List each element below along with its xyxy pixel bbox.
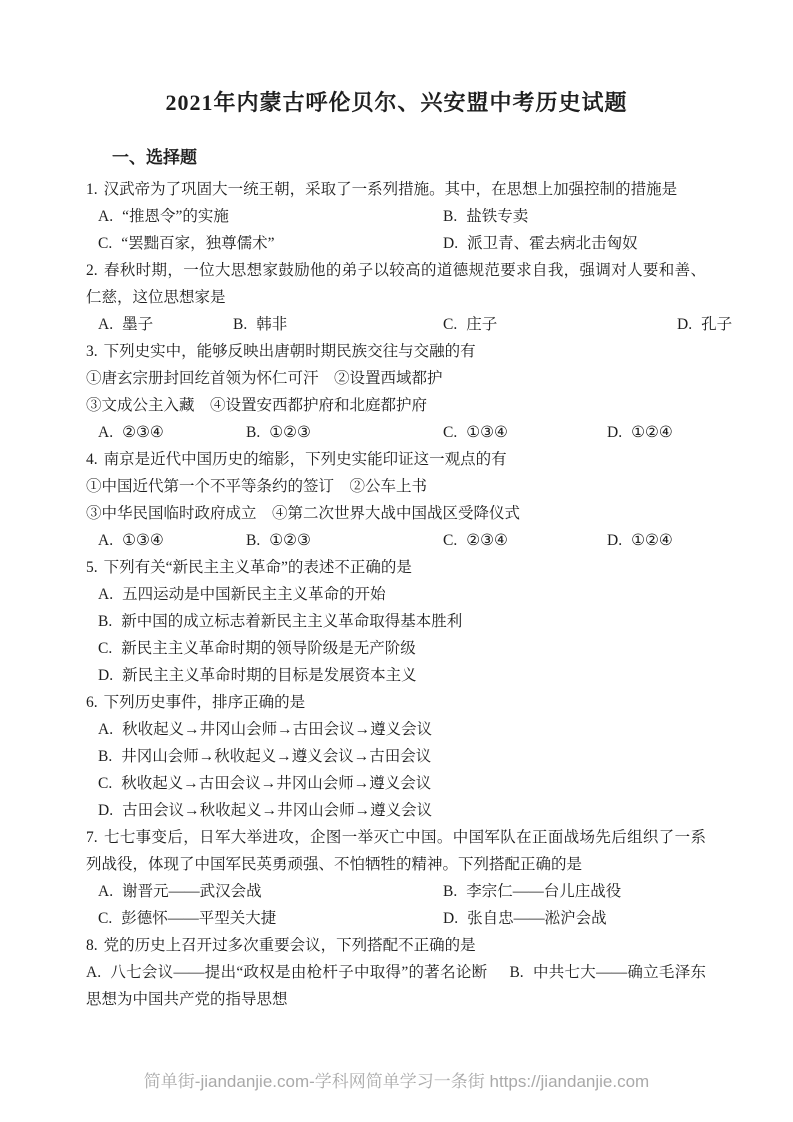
option-label: C. [98, 775, 112, 792]
question-stem: 4.南京是近代中国历史的缩影，下列史实能印证这一观点的有 [86, 446, 706, 473]
option-A: A.秋收起义→井冈山会师→古田会议→遵义会议 [98, 721, 432, 738]
option-label: C. [98, 235, 112, 252]
option-label: B. [233, 316, 247, 333]
option-row: D.古田会议→秋收起义→井冈山会师→遵义会议 [86, 797, 706, 824]
option-text: ①③④ [466, 424, 508, 441]
question-subline: ①唐玄宗册封回纥首领为怀仁可汗 ②设置西域都护 [86, 365, 706, 392]
option-label: B. [443, 208, 457, 225]
option-text: 新中国的成立标志着新民主主义革命取得基本胜利 [121, 613, 462, 630]
option-B: B.盐铁专卖 [443, 203, 706, 230]
question-subline: ③中华民国临时政府成立 ④第二次世界大战中国战区受降仪式 [86, 500, 706, 527]
option-row: C.“罢黜百家，独尊儒术”D.派卫青、霍去病北击匈奴 [86, 230, 706, 257]
option-row: C.新民主主义革命时期的领导阶级是无产阶级 [86, 635, 706, 662]
option-B: B.新中国的成立标志着新民主主义革命取得基本胜利 [98, 613, 462, 630]
option-text: ①②④ [631, 532, 673, 549]
option-text: “罢黜百家，独尊儒术” [121, 235, 274, 252]
option-label: D. [98, 802, 113, 819]
option-B: B.李宗仁——台儿庄战役 [443, 878, 706, 905]
option-text: 秋收起义→井冈山会师→古田会议→遵义会议 [122, 721, 432, 738]
option-label: B. [443, 883, 457, 900]
option-text: 韩非 [256, 316, 287, 333]
option-label: A. [98, 424, 113, 441]
question-4: 4.南京是近代中国历史的缩影，下列史实能印证这一观点的有①中国近代第一个不平等条… [86, 446, 706, 554]
option-text: 李宗仁——台儿庄战役 [466, 883, 621, 900]
option-label: A. [98, 883, 113, 900]
footer-watermark: 简单街-jiandanjie.com-学科网简单学习一条街 https://ji… [0, 1067, 793, 1092]
question-stem: 6.下列历史事件，排序正确的是 [86, 689, 706, 716]
option-text: 八七会议——提出“政权是由枪杆子中取得”的著名论断 [110, 964, 487, 981]
option-text: 张自忠——淞沪会战 [467, 910, 607, 927]
question-number: 8. [86, 937, 98, 954]
question-number: 2. [86, 262, 98, 279]
option-text: 古田会议→秋收起义→井冈山会师→遵义会议 [122, 802, 432, 819]
option-A: A.“推恩令”的实施 [98, 203, 443, 230]
option-C: C.庄子 [443, 311, 677, 338]
option-A: A.①③④ [98, 527, 246, 554]
option-text: 新民主主义革命时期的领导阶级是无产阶级 [121, 640, 416, 657]
option-text: ①②③ [269, 424, 311, 441]
option-row: A.八七会议——提出“政权是由枪杆子中取得”的著名论断B.中共七大——确立毛泽东… [86, 959, 706, 1013]
exam-title: 2021年内蒙古呼伦贝尔、兴安盟中考历史试题 [0, 0, 793, 117]
option-label: C. [98, 910, 112, 927]
option-row: A.墨子B.韩非C.庄子D.孔子 [86, 311, 706, 338]
question-stem: 1.汉武帝为了巩固大一统王朝，采取了一系列措施。其中，在思想上加强控制的措施是 [86, 176, 706, 203]
question-7: 7.七七事变后，日军大举进攻，企图一举灭亡中国。中国军队在正面战场先后组织了一系… [86, 824, 706, 932]
option-C: C.“罢黜百家，独尊儒术” [98, 230, 443, 257]
option-text: 彭德怀——平型关大捷 [121, 910, 276, 927]
question-stem-text: 春秋时期，一位大思想家鼓励他的弟子以较高的道德规范要求自我，强调对人要和善、仁慈… [86, 262, 706, 306]
questions: 1.汉武帝为了巩固大一统王朝，采取了一系列措施。其中，在思想上加强控制的措施是A… [86, 176, 706, 1013]
option-label: C. [443, 316, 457, 333]
option-text: ①③④ [122, 532, 164, 549]
question-stem-text: 下列有关“新民主主义革命”的表述不正确的是 [104, 559, 412, 576]
option-label: A. [98, 721, 113, 738]
option-row: A.谢晋元——武汉会战B.李宗仁——台儿庄战役 [86, 878, 706, 905]
option-label: A. [98, 586, 113, 603]
option-C: C.①③④ [443, 419, 607, 446]
option-label: D. [677, 316, 692, 333]
option-C: C.②③④ [443, 527, 607, 554]
option-label: C. [443, 424, 457, 441]
question-stem-text: 七七事变后，日军大举进攻，企图一举灭亡中国。中国军队在正面战场先后组织了一系列战… [86, 829, 706, 873]
option-row: D.新民主主义革命时期的目标是发展资本主义 [86, 662, 706, 689]
question-stem-text: 下列历史事件，排序正确的是 [104, 694, 306, 711]
option-B: B.韩非 [233, 311, 443, 338]
question-6: 6.下列历史事件，排序正确的是A.秋收起义→井冈山会师→古田会议→遵义会议B.井… [86, 689, 706, 824]
option-text: 盐铁专卖 [466, 208, 528, 225]
section-heading: 一、选择题 [112, 143, 793, 168]
option-A: A.②③④ [98, 419, 246, 446]
option-row: A.“推恩令”的实施B.盐铁专卖 [86, 203, 706, 230]
question-stem-text: 汉武帝为了巩固大一统王朝，采取了一系列措施。其中，在思想上加强控制的措施是 [104, 181, 678, 198]
option-row: A.五四运动是中国新民主主义革命的开始 [86, 581, 706, 608]
question-2: 2.春秋时期，一位大思想家鼓励他的弟子以较高的道德规范要求自我，强调对人要和善、… [86, 257, 706, 338]
question-3: 3.下列史实中，能够反映出唐朝时期民族交往与交融的有①唐玄宗册封回纥首领为怀仁可… [86, 338, 706, 446]
option-row: B.新中国的成立标志着新民主主义革命取得基本胜利 [86, 608, 706, 635]
option-text: 派卫青、霍去病北击匈奴 [467, 235, 638, 252]
option-label: D. [443, 235, 458, 252]
question-8: 8.党的历史上召开过多次重要会议，下列搭配不正确的是A.八七会议——提出“政权是… [86, 932, 706, 1013]
question-number: 6. [86, 694, 98, 711]
question-number: 1. [86, 181, 98, 198]
option-row: C.秋收起义→古田会议→井冈山会师→遵义会议 [86, 770, 706, 797]
option-label: D. [607, 424, 622, 441]
option-text: 新民主主义革命时期的目标是发展资本主义 [122, 667, 417, 684]
option-label: B. [98, 613, 112, 630]
option-text: ①②③ [269, 532, 311, 549]
option-B: B.①②③ [246, 527, 443, 554]
option-row: A.秋收起义→井冈山会师→古田会议→遵义会议 [86, 716, 706, 743]
option-label: A. [98, 208, 113, 225]
option-text: 庄子 [466, 316, 497, 333]
option-D: D.古田会议→秋收起义→井冈山会师→遵义会议 [98, 802, 432, 819]
option-row: B.井冈山会师→秋收起义→遵义会议→古田会议 [86, 743, 706, 770]
option-text: 井冈山会师→秋收起义→遵义会议→古田会议 [121, 748, 431, 765]
option-row: A.②③④B.①②③C.①③④D.①②④ [86, 419, 706, 446]
option-text: 孔子 [701, 316, 732, 333]
option-text: 墨子 [122, 316, 153, 333]
option-B: B.井冈山会师→秋收起义→遵义会议→古田会议 [98, 748, 431, 765]
option-D: D.①②④ [607, 419, 706, 446]
option-text: ①②④ [631, 424, 673, 441]
question-number: 5. [86, 559, 98, 576]
question-stem: 5.下列有关“新民主主义革命”的表述不正确的是 [86, 554, 706, 581]
option-label: D. [443, 910, 458, 927]
option-label: A. [98, 316, 113, 333]
option-text: ②③④ [466, 532, 508, 549]
option-row: A.①③④B.①②③C.②③④D.①②④ [86, 527, 706, 554]
question-stem-text: 南京是近代中国历史的缩影，下列史实能印证这一观点的有 [104, 451, 507, 468]
option-label: B. [509, 964, 523, 981]
option-D: D.孔子 [677, 311, 732, 338]
option-label: D. [607, 532, 622, 549]
option-A: A.墨子 [98, 311, 233, 338]
question-stem-text: 下列史实中，能够反映出唐朝时期民族交往与交融的有 [104, 343, 476, 360]
option-label: C. [98, 640, 112, 657]
question-subline: ①中国近代第一个不平等条约的签订 ②公车上书 [86, 473, 706, 500]
option-C: C.秋收起义→古田会议→井冈山会师→遵义会议 [98, 775, 431, 792]
option-text: ②③④ [122, 424, 164, 441]
option-B: B.①②③ [246, 419, 443, 446]
option-label: A. [86, 964, 101, 981]
option-label: B. [246, 532, 260, 549]
option-A: A.谢晋元——武汉会战 [98, 878, 443, 905]
question-stem: 7.七七事变后，日军大举进攻，企图一举灭亡中国。中国军队在正面战场先后组织了一系… [86, 824, 706, 878]
option-D: D.张自忠——淞沪会战 [443, 905, 706, 932]
option-label: C. [443, 532, 457, 549]
question-5: 5.下列有关“新民主主义革命”的表述不正确的是A.五四运动是中国新民主主义革命的… [86, 554, 706, 689]
question-number: 3. [86, 343, 98, 360]
option-text: 谢晋元——武汉会战 [122, 883, 262, 900]
option-label: D. [98, 667, 113, 684]
question-stem: 2.春秋时期，一位大思想家鼓励他的弟子以较高的道德规范要求自我，强调对人要和善、… [86, 257, 706, 311]
option-text: 秋收起义→古田会议→井冈山会师→遵义会议 [121, 775, 431, 792]
option-label: B. [98, 748, 112, 765]
option-row: C.彭德怀——平型关大捷D.张自忠——淞沪会战 [86, 905, 706, 932]
option-text: 五四运动是中国新民主主义革命的开始 [122, 586, 386, 603]
option-A: A.八七会议——提出“政权是由枪杆子中取得”的著名论断 [86, 964, 487, 981]
option-D: D.①②④ [607, 527, 706, 554]
question-subline: ③文成公主入藏 ④设置安西都护府和北庭都护府 [86, 392, 706, 419]
option-C: C.新民主主义革命时期的领导阶级是无产阶级 [98, 640, 416, 657]
option-C: C.彭德怀——平型关大捷 [98, 905, 443, 932]
option-label: A. [98, 532, 113, 549]
option-A: A.五四运动是中国新民主主义革命的开始 [98, 586, 386, 603]
question-stem-text: 党的历史上召开过多次重要会议，下列搭配不正确的是 [104, 937, 476, 954]
option-text: “推恩令”的实施 [122, 208, 229, 225]
option-D: D.新民主主义革命时期的目标是发展资本主义 [98, 667, 417, 684]
question-number: 4. [86, 451, 98, 468]
question-number: 7. [86, 829, 98, 846]
document-page: 2021年内蒙古呼伦贝尔、兴安盟中考历史试题 一、选择题 1.汉武帝为了巩固大一… [0, 0, 793, 1122]
option-label: B. [246, 424, 260, 441]
option-D: D.派卫青、霍去病北击匈奴 [443, 230, 706, 257]
question-1: 1.汉武帝为了巩固大一统王朝，采取了一系列措施。其中，在思想上加强控制的措施是A… [86, 176, 706, 257]
question-stem: 8.党的历史上召开过多次重要会议，下列搭配不正确的是 [86, 932, 706, 959]
question-stem: 3.下列史实中，能够反映出唐朝时期民族交往与交融的有 [86, 338, 706, 365]
